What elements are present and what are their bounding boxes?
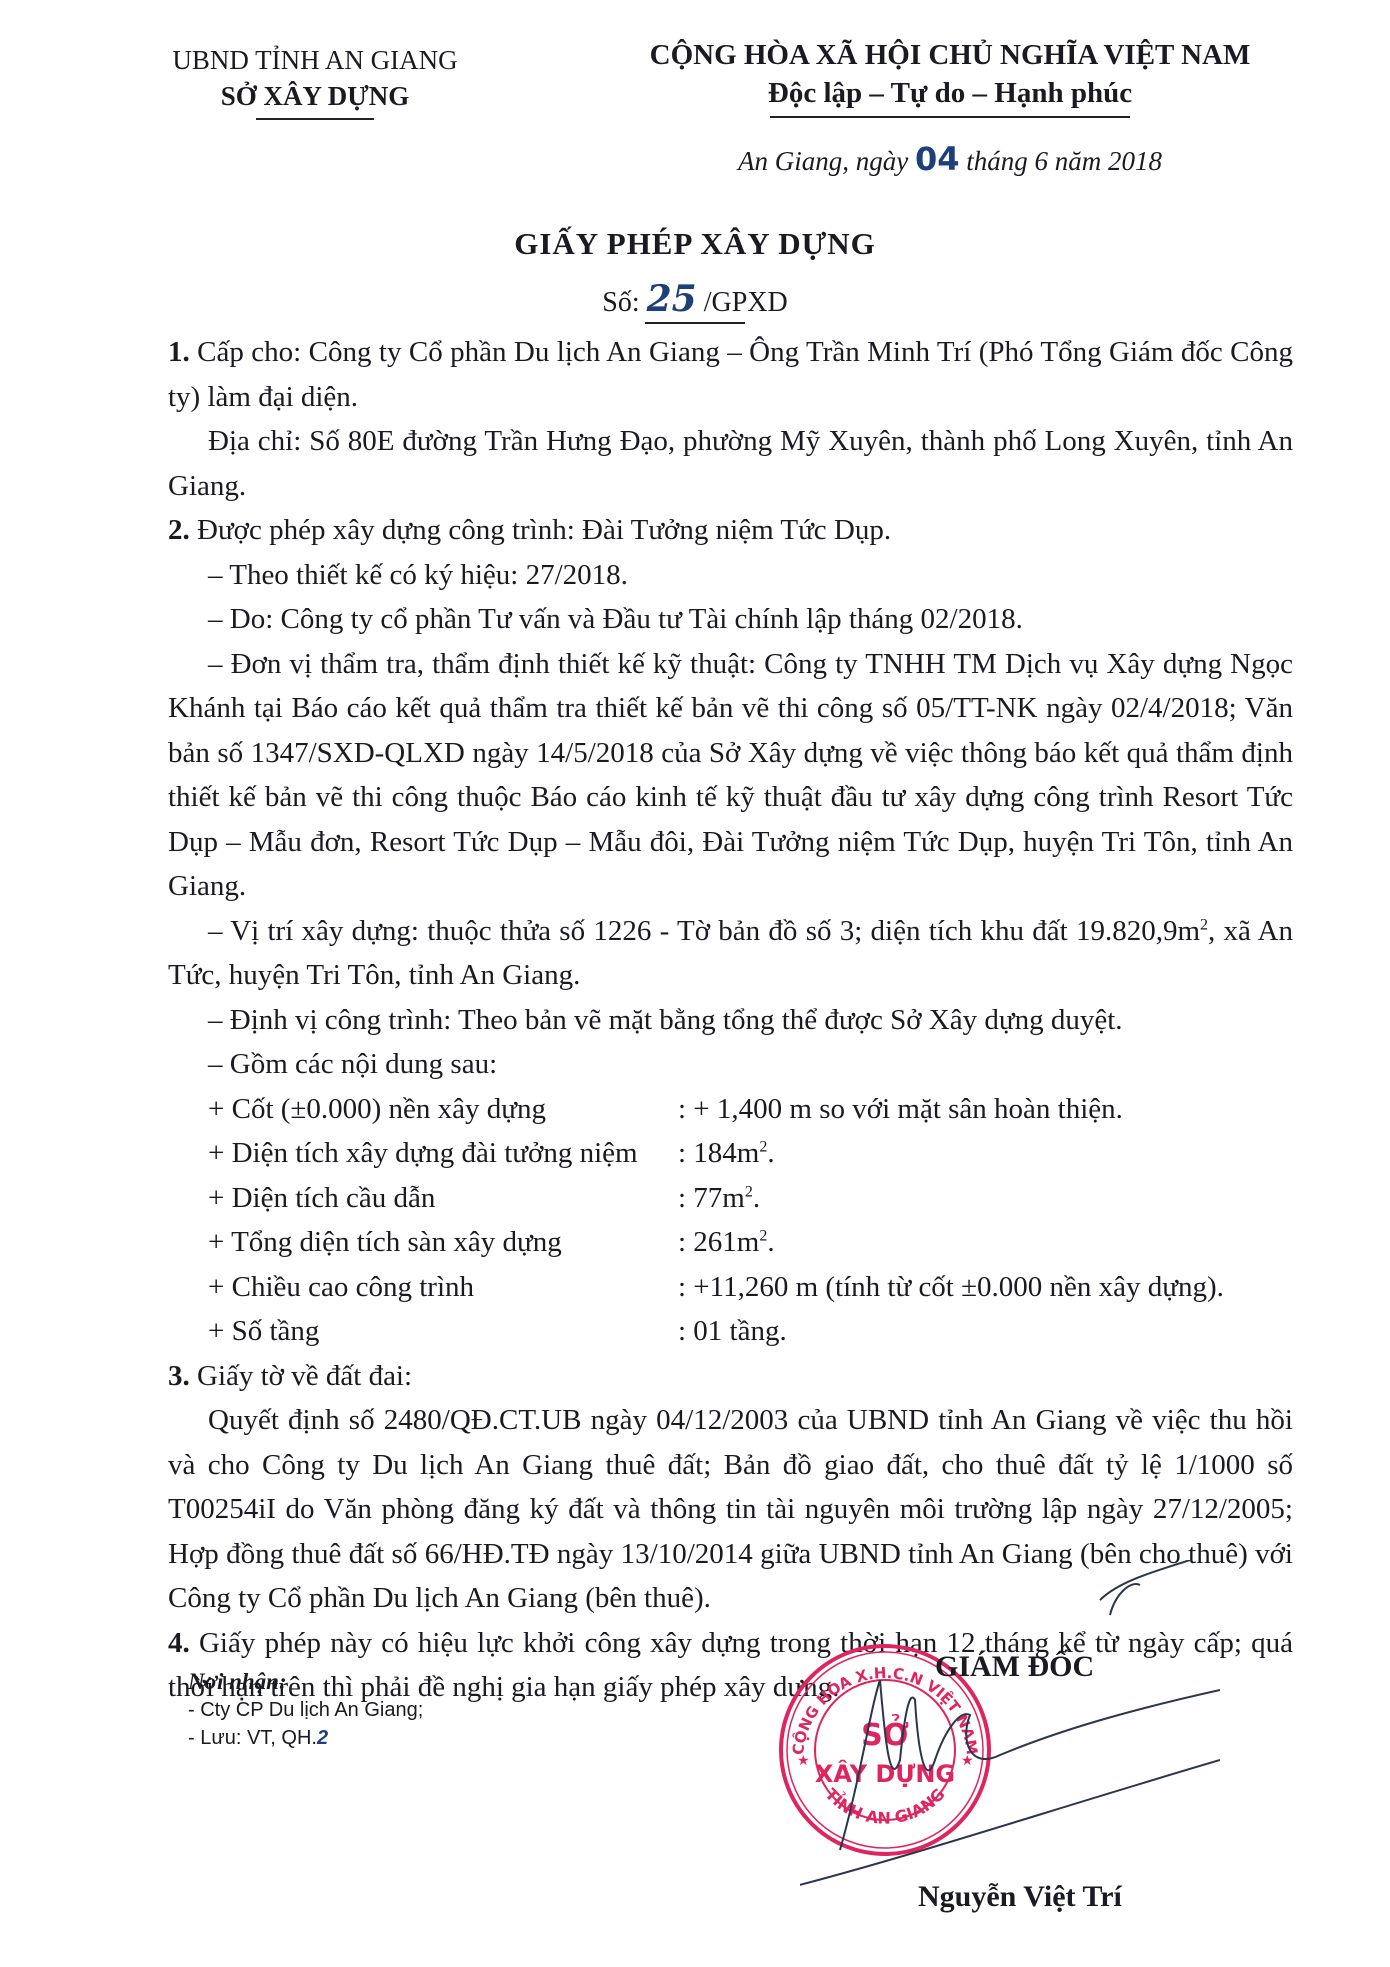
- date-prefix: An Giang, ngày: [738, 146, 908, 176]
- recipients: Nơi nhận: - Cty CP Du lịch An Giang; - L…: [188, 1668, 423, 1752]
- date-day-handwritten: 04: [915, 140, 960, 178]
- number-prefix: Số:: [602, 287, 639, 318]
- section-number: 1.: [168, 336, 190, 368]
- designer: – Do: Công ty cổ phần Tư vấn và Đầu tư T…: [168, 597, 1293, 642]
- spec-value: : 01 tầng.: [678, 1309, 1293, 1354]
- recipients-heading: Nơi nhận:: [188, 1668, 423, 1696]
- signature-scrawl-icon: [800, 1560, 1220, 1900]
- spec-label: + Cốt (±0.000) nền xây dựng: [168, 1087, 678, 1132]
- number-handwritten: 25: [647, 278, 697, 320]
- section-number: 2.: [168, 514, 190, 546]
- grantee: Cấp cho: Công ty Cổ phần Du lịch An Gian…: [168, 336, 1293, 413]
- document-title: GIẤY PHÉP XÂY DỰNG: [0, 226, 1390, 262]
- specification-row: + Cốt (±0.000) nền xây dựng: + 1,400 m s…: [168, 1087, 1293, 1132]
- land-documents-heading: Giấy tờ về đất đai:: [197, 1360, 412, 1392]
- date-suffix: tháng 6 năm 2018: [966, 146, 1162, 176]
- contents-intro: – Gồm các nội dung sau:: [168, 1042, 1293, 1087]
- grantee-address: Địa chỉ: Số 80E đường Trần Hưng Đạo, phư…: [168, 419, 1293, 508]
- specification-row: + Diện tích cầu dẫn: 77m2.: [168, 1176, 1293, 1221]
- number-suffix: /GPXD: [704, 287, 788, 318]
- divider: [645, 322, 745, 324]
- spec-value: : +11,260 m (tính từ cốt ±0.000 nền xây …: [678, 1265, 1293, 1310]
- spec-label: + Số tầng: [168, 1309, 678, 1354]
- spec-value: : + 1,400 m so với mặt sân hoàn thiện.: [678, 1087, 1293, 1132]
- spec-label: + Tổng diện tích sàn xây dựng: [168, 1220, 678, 1265]
- section-3: 3. Giấy tờ về đất đai:: [168, 1354, 1293, 1399]
- section-2: 2. Được phép xây dựng công trình: Đài Tư…: [168, 508, 1293, 553]
- recipient-text: - Lưu: VT, QH.: [188, 1727, 317, 1749]
- specification-row: + Số tầng: 01 tầng.: [168, 1309, 1293, 1354]
- national-motto: Độc lập – Tự do – Hạnh phúc: [600, 74, 1300, 112]
- spec-value: : 184m2.: [678, 1131, 1293, 1176]
- section-number: 3.: [168, 1360, 190, 1392]
- spec-label: + Diện tích cầu dẫn: [168, 1176, 678, 1221]
- document-body: 1. Cấp cho: Công ty Cổ phần Du lịch An G…: [168, 330, 1293, 1710]
- spec-value: : 261m2.: [678, 1220, 1293, 1265]
- divider: [770, 116, 1130, 118]
- section-1: 1. Cấp cho: Công ty Cổ phần Du lịch An G…: [168, 330, 1293, 419]
- national-header: CỘNG HÒA XÃ HỘI CHỦ NGHĨA VIỆT NAM Độc l…: [600, 36, 1300, 118]
- authority-department: SỞ XÂY DỰNG: [150, 78, 480, 114]
- spec-label: + Chiều cao công trình: [168, 1265, 678, 1310]
- specification-list: + Cốt (±0.000) nền xây dựng: + 1,400 m s…: [168, 1087, 1293, 1354]
- positioning: – Định vị công trình: Theo bản vẽ mặt bằ…: [168, 998, 1293, 1043]
- issue-date: An Giang, ngày 04 tháng 6 năm 2018: [600, 140, 1300, 178]
- signatory-name: Nguyễn Việt Trí: [918, 1880, 1122, 1914]
- permitted-work: Được phép xây dựng công trình: Đài Tưởng…: [197, 514, 891, 546]
- nation-name: CỘNG HÒA XÃ HỘI CHỦ NGHĨA VIỆT NAM: [600, 36, 1300, 74]
- specification-row: + Chiều cao công trình: +11,260 m (tính …: [168, 1265, 1293, 1310]
- document-number: Số: 25 /GPXD: [0, 278, 1390, 324]
- location-text: – Vị trí xây dựng: thuộc thửa số 1226 - …: [208, 915, 1200, 947]
- handwritten-mark: 2: [317, 1727, 328, 1749]
- authority-province: UBND TỈNH AN GIANG: [150, 42, 480, 78]
- spec-label: + Diện tích xây dựng đài tưởng niệm: [168, 1131, 678, 1176]
- design-code: – Theo thiết kế có ký hiệu: 27/2018.: [168, 553, 1293, 598]
- specification-row: + Tổng diện tích sàn xây dựng: 261m2.: [168, 1220, 1293, 1265]
- divider: [256, 118, 374, 120]
- issuing-authority: UBND TỈNH AN GIANG SỞ XÂY DỰNG: [150, 42, 480, 120]
- spec-value: : 77m2.: [678, 1176, 1293, 1221]
- section-number: 4.: [168, 1627, 190, 1659]
- signatory-title: GIÁM ĐỐC: [935, 1650, 1094, 1684]
- recipient-item: - Cty CP Du lịch An Giang;: [188, 1696, 423, 1724]
- specification-row: + Diện tích xây dựng đài tưởng niệm: 184…: [168, 1131, 1293, 1176]
- recipient-item: - Lưu: VT, QH.2: [188, 1724, 423, 1752]
- location: – Vị trí xây dựng: thuộc thửa số 1226 - …: [168, 909, 1293, 998]
- appraisal: – Đơn vị thẩm tra, thẩm định thiết kế kỹ…: [168, 642, 1293, 909]
